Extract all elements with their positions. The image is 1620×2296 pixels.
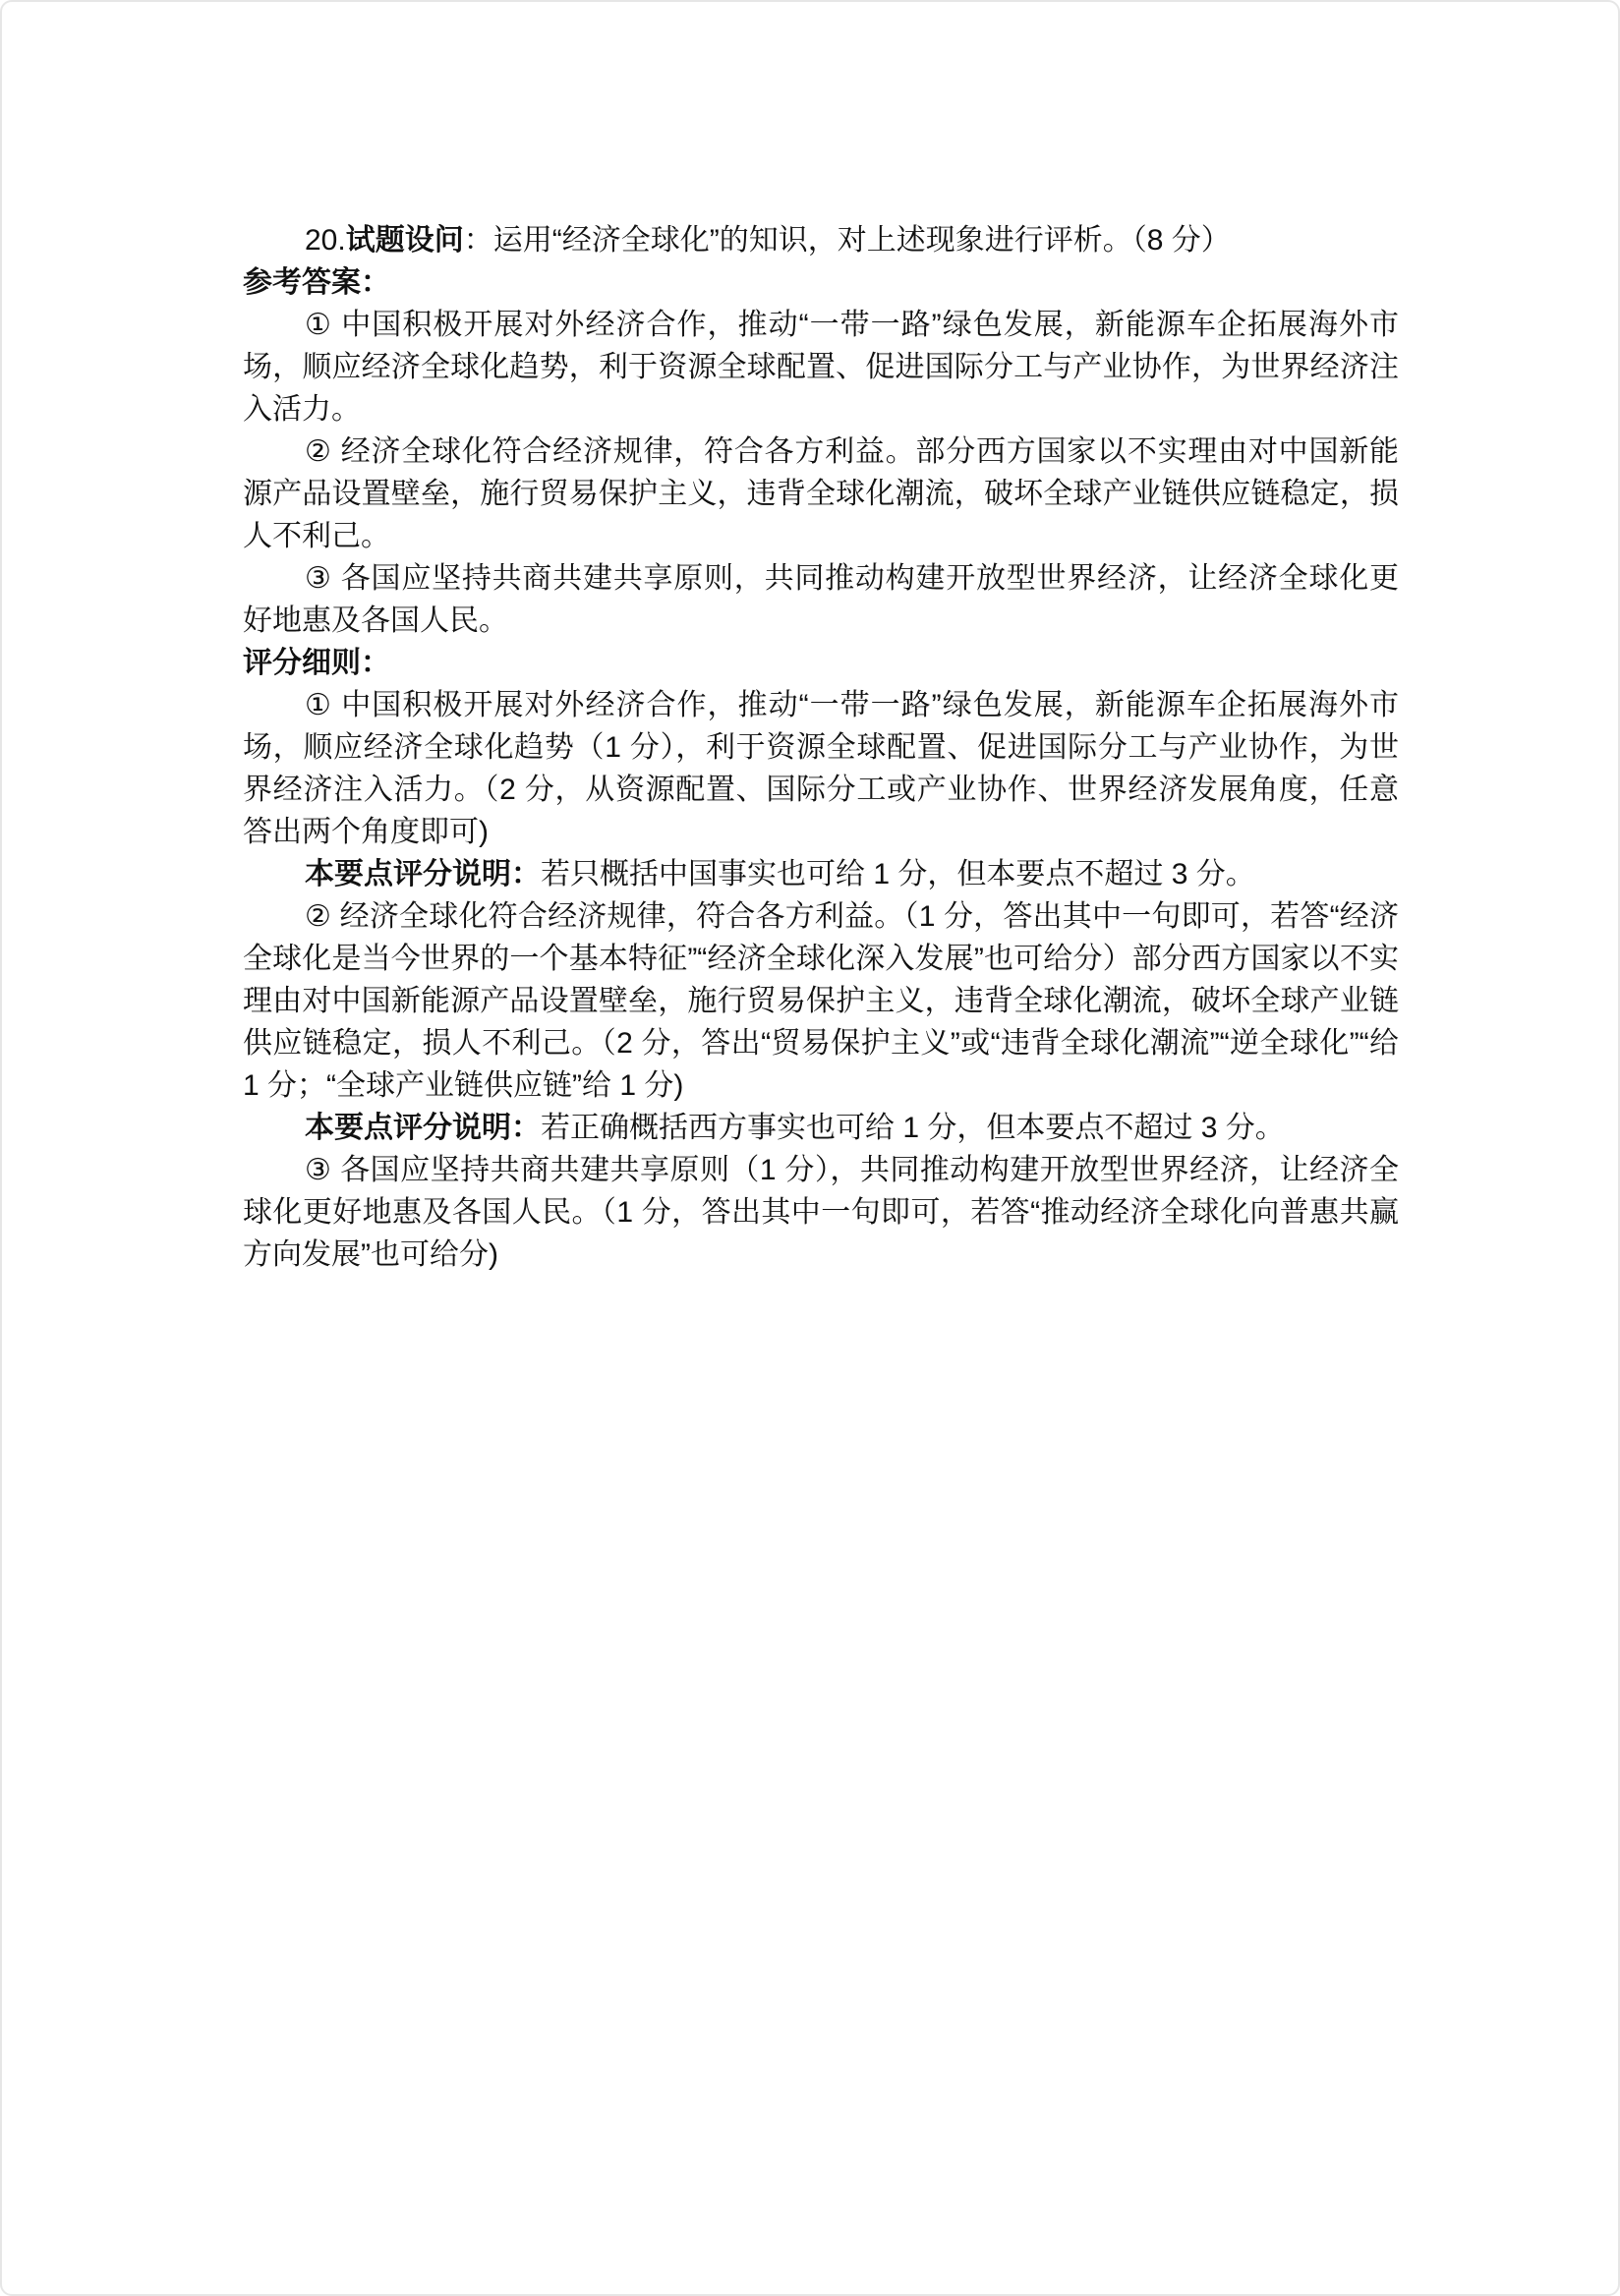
scoring-point-1: ① 中国积极开展对外经济合作，推动“一带一路”绿色发展，新能源车企拓展海外市场，…: [243, 684, 1399, 853]
document-page: 20.试题设问：运用“经济全球化”的知识，对上述现象进行评析。（8 分）参考答案…: [0, 0, 1620, 2296]
text-run: 本要点评分说明：: [305, 858, 541, 890]
text-run: ② 经济全球化符合经济规律，符合各方利益。（1 分，答出其中一句即可，若答“经济…: [243, 900, 1399, 1102]
text-run: 参考答案：: [243, 266, 390, 299]
answer-document: 20.试题设问：运用“经济全球化”的知识，对上述现象进行评析。（8 分）参考答案…: [243, 219, 1399, 1276]
text-run: 若只概括中国事实也可给 1 分，但本要点不超过 3 分。: [541, 858, 1255, 890]
scoring-point-2: ② 经济全球化符合经济规律，符合各方利益。（1 分，答出其中一句即可，若答“经济…: [243, 895, 1399, 1107]
scoring-rules-heading: 评分细则：: [243, 642, 1399, 684]
scoring-note-1: 本要点评分说明：若只概括中国事实也可给 1 分，但本要点不超过 3 分。: [243, 853, 1399, 895]
text-run: ③ 各国应坚持共商共建共享原则，共同推动构建开放型世界经济，让经济全球化更好地惠…: [243, 562, 1399, 637]
text-run: 本要点评分说明：: [305, 1112, 541, 1144]
text-run: ② 经济全球化符合经济规律，符合各方利益。部分西方国家以不实理由对中国新能源产品…: [243, 435, 1399, 552]
text-run: ③ 各国应坚持共商共建共享原则（1 分），共同推动构建开放型世界经济，让经济全球…: [243, 1154, 1399, 1271]
answer-point-3: ③ 各国应坚持共商共建共享原则，共同推动构建开放型世界经济，让经济全球化更好地惠…: [243, 557, 1399, 642]
text-run: 评分细则：: [243, 647, 390, 679]
scoring-point-3: ③ 各国应坚持共商共建共享原则（1 分），共同推动构建开放型世界经济，让经济全球…: [243, 1149, 1399, 1276]
text-run: 试题设问: [346, 224, 464, 257]
question-line: 20.试题设问：运用“经济全球化”的知识，对上述现象进行评析。（8 分）: [243, 219, 1399, 261]
text-run: 20.: [305, 224, 346, 257]
text-run: ：运用“经济全球化”的知识，对上述现象进行评析。（8 分）: [464, 224, 1231, 257]
answer-point-2: ② 经济全球化符合经济规律，符合各方利益。部分西方国家以不实理由对中国新能源产品…: [243, 430, 1399, 557]
scoring-note-2: 本要点评分说明：若正确概括西方事实也可给 1 分，但本要点不超过 3 分。: [243, 1107, 1399, 1149]
text-run: ① 中国积极开展对外经济合作，推动“一带一路”绿色发展，新能源车企拓展海外市场，…: [243, 689, 1399, 848]
text-run: ① 中国积极开展对外经济合作，推动“一带一路”绿色发展，新能源车企拓展海外市场，…: [243, 309, 1399, 426]
answer-point-1: ① 中国积极开展对外经济合作，推动“一带一路”绿色发展，新能源车企拓展海外市场，…: [243, 304, 1399, 430]
reference-answer-heading: 参考答案：: [243, 261, 1399, 304]
text-run: 若正确概括西方事实也可给 1 分，但本要点不超过 3 分。: [541, 1112, 1285, 1144]
